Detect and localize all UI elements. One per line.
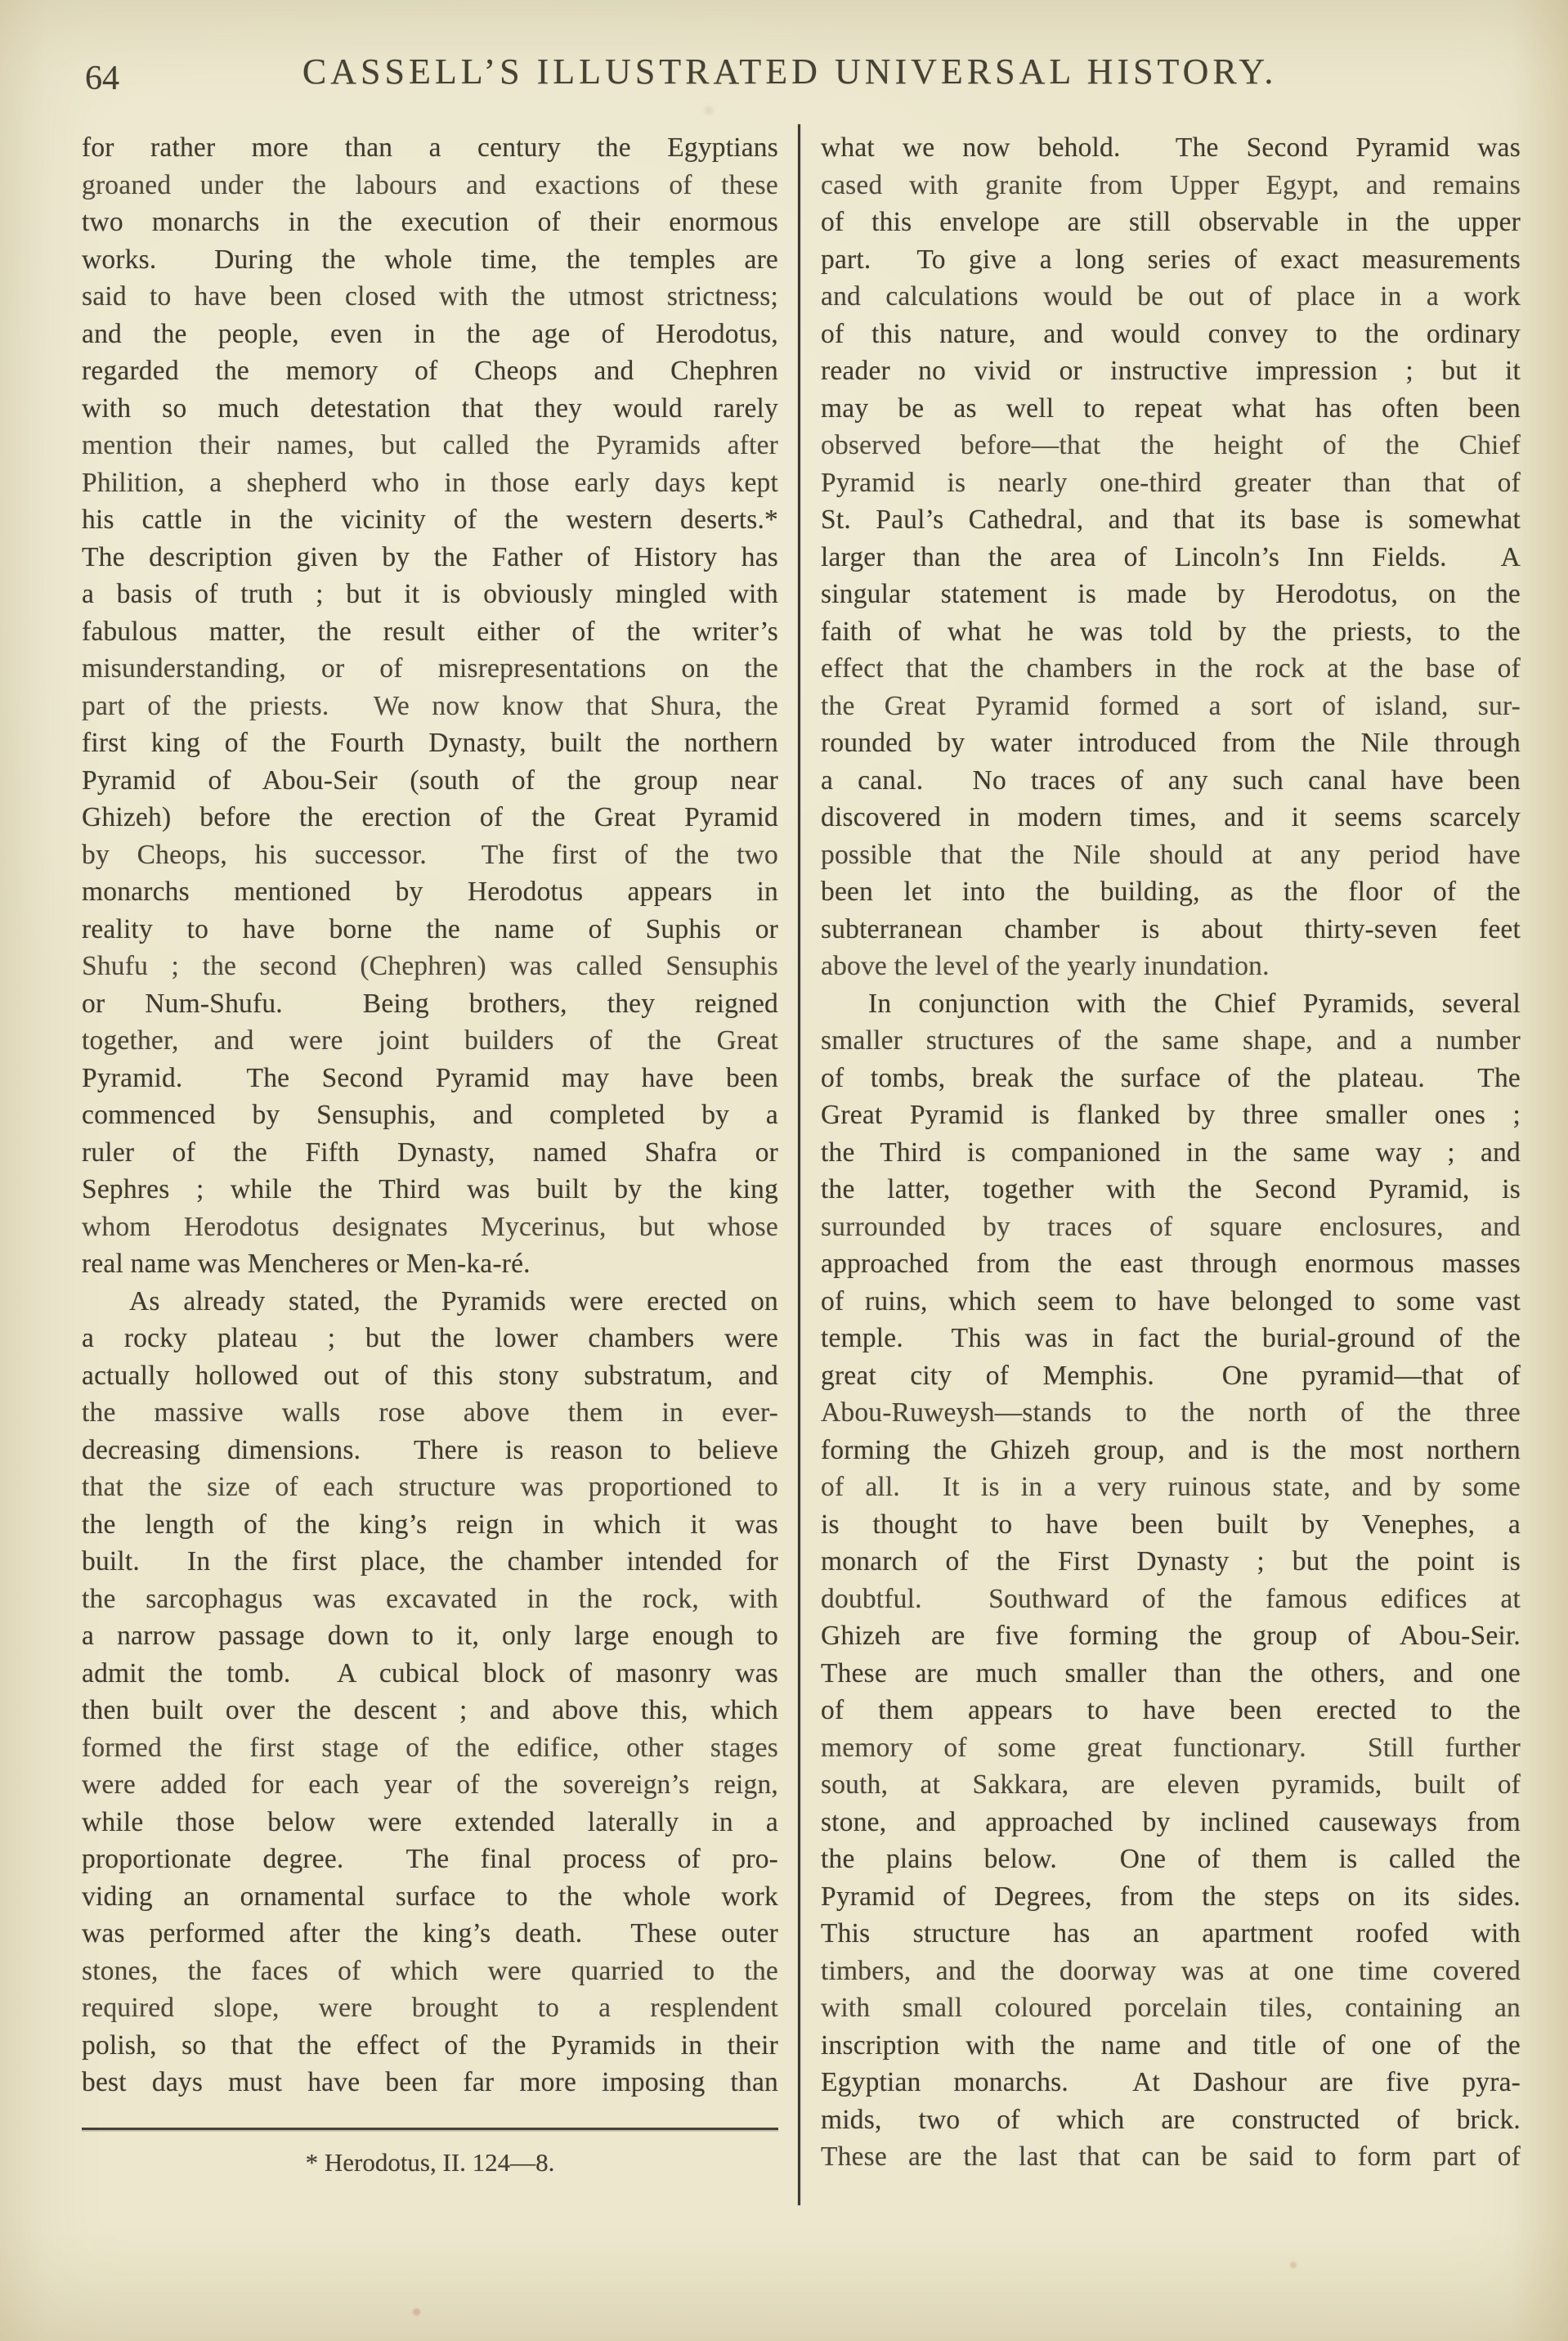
text-line: best days must have been far more imposi… [82,2064,778,2101]
text-line: a rocky plateau ; but the lower chambers… [82,1320,778,1357]
text-line: Great Pyramid is flanked by three smalle… [821,1097,1521,1134]
text-line: first king of the Fourth Dynasty, built … [82,724,778,762]
text-line: were added for each year of the sovereig… [82,1766,778,1804]
text-line: forming the Ghizeh group, and is the mos… [821,1432,1521,1469]
footnote-rule [82,2128,778,2130]
text-line: that the size of each structure was prop… [82,1469,778,1506]
text-line: smaller structures of the same shape, an… [821,1022,1521,1060]
text-line: two monarchs in the execution of their e… [82,204,778,241]
text-line: These are much smaller than the others, … [821,1655,1521,1693]
text-line: Philition, a shepherd who in those early… [82,464,778,502]
text-line: the plains below. One of them is called … [821,1841,1521,1878]
text-line: monarch of the First Dynasty ; but the p… [821,1543,1521,1581]
text-line: a narrow passage down to it, only large … [82,1617,778,1655]
text-line: the Great Pyramid formed a sort of islan… [821,688,1521,725]
text-line: Ghizeh are five forming the group of Abo… [821,1617,1521,1655]
text-line: surrounded by traces of square enclosure… [821,1209,1521,1246]
text-line: reality to have borne the name of Suphis… [82,911,778,949]
text-line: part. To give a long series of exact mea… [821,241,1521,279]
text-line: effect that the chambers in the rock at … [821,650,1521,688]
text-line: required slope, were brought to a resple… [82,1989,778,2027]
text-line: fabulous matter, the result either of th… [82,613,778,651]
text-line: of tombs, break the surface of the plate… [821,1060,1521,1097]
text-line: faith of what he was told by the priests… [821,613,1521,651]
footnote-text: * Herodotus, II. 124—8. [82,2148,778,2177]
text-line: is thought to have been built by Venephe… [821,1506,1521,1544]
text-line: ruler of the Fifth Dynasty, named Shafra… [82,1134,778,1172]
text-line: regarded the memory of Cheops and Chephr… [82,352,778,390]
text-line: built. In the first place, the chamber i… [82,1543,778,1581]
text-line: mids, two of which are constructed of br… [821,2101,1521,2139]
text-line: above the level of the yearly inundation… [821,948,1521,985]
text-line: said to have been closed with the utmost… [82,278,778,316]
text-line: Sephres ; while the Third was built by t… [82,1171,778,1209]
text-line: actually hollowed out of this stony subs… [82,1357,778,1395]
text-line: possible that the Nile should at any per… [821,836,1521,874]
text-line: works. During the whole time, the temple… [82,241,778,279]
text-line: the length of the king’s reign in which … [82,1506,778,1544]
text-line: by Cheops, his successor. The first of t… [82,836,778,874]
text-line: viding an ornamental surface to the whol… [82,1878,778,1916]
text-line: rounded by water introduced from the Nil… [821,724,1521,762]
text-line: polish, so that the effect of the Pyrami… [82,2027,778,2065]
text-line: stones, the faces of which were quarried… [82,1953,778,1990]
text-line: Pyramid of Degrees, from the steps on it… [821,1878,1521,1916]
text-line: timbers, and the doorway was at one time… [821,1953,1521,1990]
text-line: Pyramid. The Second Pyramid may have bee… [82,1060,778,1097]
text-line: approached from the east through enormou… [821,1245,1521,1283]
text-line: was performed after the king’s death. Th… [82,1915,778,1953]
text-line: Pyramid is nearly one-third greater than… [821,464,1521,502]
text-line: mention their names, but called the Pyra… [82,427,778,464]
footnote: * Herodotus, II. 124—8. [82,2128,778,2177]
text-line: Abou-Ruweysh—stands to the north of the … [821,1394,1521,1432]
text-line: of all. It is in a very ruinous state, a… [821,1469,1521,1506]
text-line: a canal. No traces of any such canal hav… [821,762,1521,800]
text-line: misunderstanding, or of misrepresentatio… [82,650,778,688]
text-line: whom Herodotus designates Mycerinus, but… [82,1209,778,1246]
text-line: while those below were extended laterall… [82,1804,778,1841]
text-line: stone, and approached by inclined causew… [821,1804,1521,1841]
text-line: This structure has an apartment roofed w… [821,1915,1521,1953]
text-line: with so much detestation that they would… [82,390,778,428]
text-line: the sarcophagus was excavated in the roc… [82,1581,778,1618]
text-line: with small coloured porcelain tiles, con… [821,1989,1521,2027]
text-line: part of the priests. We now know that Sh… [82,688,778,725]
left-column: for rather more than a century the Egypt… [82,129,778,2101]
text-line: reader no vivid or instructive impressio… [821,352,1521,390]
text-line: larger than the area of Lincoln’s Inn Fi… [821,539,1521,576]
right-column: what we now behold. The Second Pyramid w… [821,129,1521,2176]
text-line: Ghizeh) before the erection of the Great… [82,799,778,836]
text-line: of this envelope are still observable in… [821,204,1521,241]
text-line: monarchs mentioned by Herodotus appears … [82,873,778,911]
text-line: memory of some great functionary. Still … [821,1729,1521,1767]
text-line: for rather more than a century the Egypt… [82,129,778,167]
text-line: of them appears to have been erected to … [821,1692,1521,1729]
paper-speck [705,106,713,114]
text-line: cased with granite from Upper Egypt, and… [821,167,1521,204]
text-line: Shufu ; the second (Chephren) was called… [82,948,778,985]
text-line: Pyramid of Abou-Seir (south of the group… [82,762,778,800]
paper-speck [1290,2262,1297,2268]
text-line: commenced by Sensuphis, and completed by… [82,1097,778,1134]
text-line: As already stated, the Pyramids were ere… [82,1283,778,1321]
text-line: proportionate degree. The final process … [82,1841,778,1878]
text-line: together, and were joint builders of the… [82,1022,778,1060]
text-line: discovered in modern times, and it seems… [821,799,1521,836]
text-line: formed the first stage of the edifice, o… [82,1729,778,1767]
text-line: south, at Sakkara, are eleven pyramids, … [821,1766,1521,1804]
text-line: St. Paul’s Cathedral, and that its base … [821,501,1521,539]
page-number: 64 [85,59,119,98]
running-title: CASSELL’S ILLUSTRATED UNIVERSAL HISTORY. [302,51,1278,92]
text-line: what we now behold. The Second Pyramid w… [821,129,1521,167]
text-line: observed before—that the height of the C… [821,427,1521,464]
text-line: temple. This was in fact the burial-grou… [821,1320,1521,1357]
text-line: and calculations would be out of place i… [821,278,1521,316]
text-line: great city of Memphis. One pyramid—that … [821,1357,1521,1395]
text-line: of ruins, which seem to have belonged to… [821,1283,1521,1321]
text-line: his cattle in the vicinity of the wester… [82,501,778,539]
text-line: of this nature, and would convey to the … [821,316,1521,353]
text-line: Egyptian monarchs. At Dashour are five p… [821,2064,1521,2101]
text-line: decreasing dimensions. There is reason t… [82,1432,778,1469]
text-line: a basis of truth ; but it is obviously m… [82,576,778,613]
text-line: then built over the descent ; and above … [82,1692,778,1729]
book-page: 64 CASSELL’S ILLUSTRATED UNIVERSAL HISTO… [0,0,1568,2341]
text-line: the latter, together with the Second Pyr… [821,1171,1521,1209]
text-line: or Num-Shufu. Being brothers, they reign… [82,985,778,1023]
text-line: may be as well to repeat what has often … [821,390,1521,428]
text-line: These are the last that can be said to f… [821,2138,1521,2176]
text-line: real name was Mencheres or Men-ka-ré. [82,1245,778,1283]
text-line: the massive walls rose above them in eve… [82,1394,778,1432]
column-divider-rule [798,124,800,2205]
text-line: The description given by the Father of H… [82,539,778,576]
text-line: doubtful. Southward of the famous edific… [821,1581,1521,1618]
text-line: admit the tomb. A cubical block of mason… [82,1655,778,1693]
text-line: the Third is companioned in the same way… [821,1134,1521,1172]
text-line: subterranean chamber is about thirty-sev… [821,911,1521,949]
text-line: been let into the building, as the floor… [821,873,1521,911]
text-line: In conjunction with the Chief Pyramids, … [821,985,1521,1023]
text-line: singular statement is made by Herodotus,… [821,576,1521,613]
text-line: inscription with the name and title of o… [821,2027,1521,2065]
text-line: groaned under the labours and exactions … [82,167,778,204]
paper-speck [413,2308,420,2316]
text-line: and the people, even in the age of Herod… [82,316,778,353]
